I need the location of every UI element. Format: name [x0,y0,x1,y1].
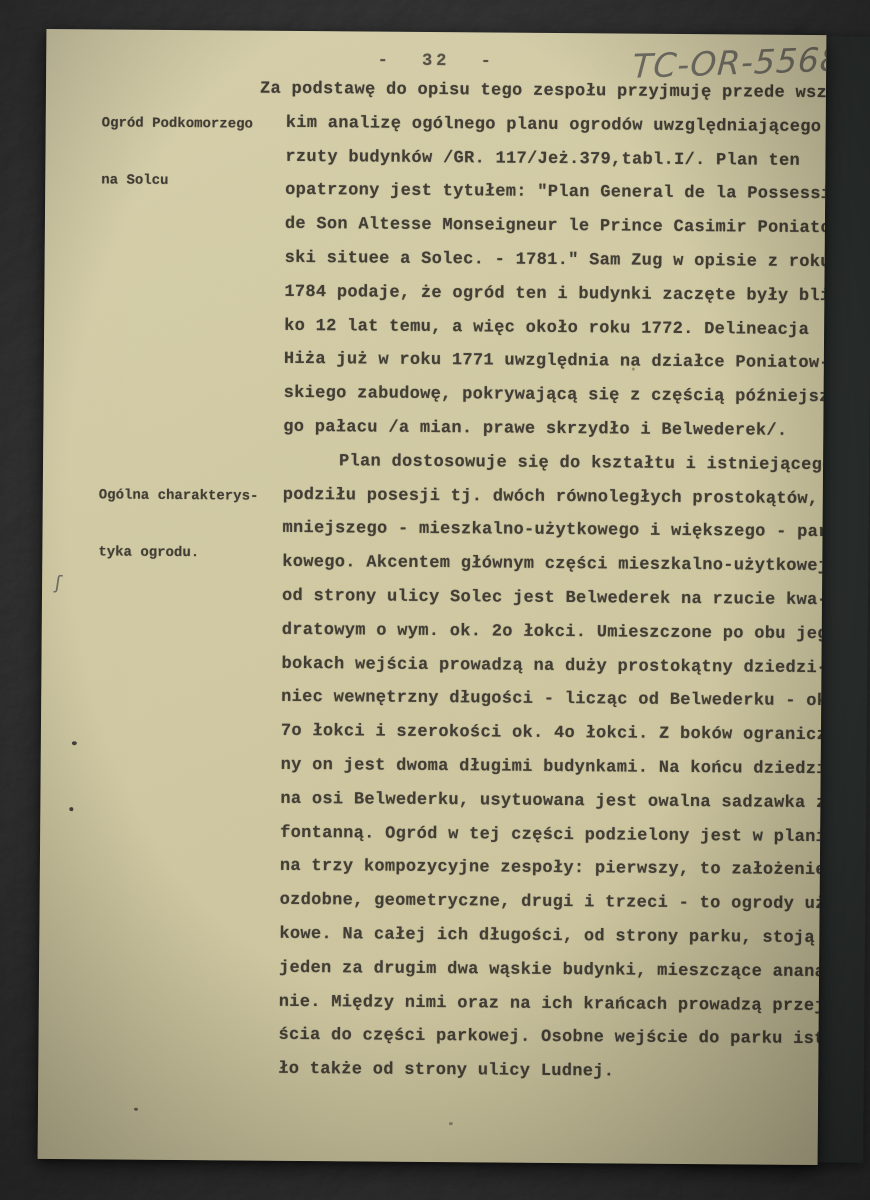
typed-line: podziłu posesji tj. dwóch równoległych p… [283,478,827,517]
typed-line: de Son Altesse Monseigneur le Prince Cas… [285,208,827,247]
ink-speck [134,1108,138,1111]
typed-line: jeden za drugim dwa wąskie budynki, mies… [279,952,826,991]
margin-note-line: na Solcu [101,171,252,191]
ink-speck [72,741,77,745]
scan-scene: - 32 - TC-OR-5568-2 Ogród Podkomorzego n… [0,0,870,1200]
ink-speck [449,1122,453,1125]
typed-line: go pałacu /a mian. prawe skrzydło i Belw… [283,411,826,450]
typed-line: ny on jest dwoma długimi budynkami. Na k… [281,749,827,788]
typed-line: Hiża już w roku 1771 uwzględnia na dział… [284,343,827,382]
typed-line: nie. Między nimi oraz na ich krańcach pr… [279,985,827,1024]
margin-note-line: Ogólna charakterys- [99,486,259,506]
typed-line: fontanną. Ogród w tej części podzielony … [280,816,826,855]
typed-line: dratowym o wym. ok. 2o łokci. Umieszczon… [282,614,827,653]
typed-line: od strony ulicy Solec jest Belwederek na… [282,580,827,619]
typed-line: 7o łokci i szerokości ok. 4o łokci. Z bo… [281,715,827,754]
typed-line: na trzy kompozycyjne zespoły: pierwszy, … [280,850,827,889]
typed-line: ścia do części parkowej. Osobne wejście … [278,1019,826,1058]
typed-line: 1784 podaje, że ogród ten i budynki zacz… [284,276,826,315]
typed-line: ozdobne, geometryczne, drugi i trzeci - … [279,884,826,923]
typed-line: Plan dostosowuje się do kształtu i istni… [283,445,826,484]
typed-line: ski situee a Solec. - 1781." Sam Zug w o… [285,242,827,281]
typed-line: kim analizę ogólnego planu ogrodów uwzgl… [286,107,827,146]
typed-line: opatrzony jest tytułem: "Plan General de… [285,174,826,213]
typed-line: kowego. Akcentem głównym części mieszkal… [282,546,826,585]
ink-speck [69,807,73,811]
margin-note-garden-title: Ogród Podkomorzego na Solcu [101,76,253,229]
typed-line: mniejszego - mieszkalno-użytkowego i wię… [282,512,826,551]
margin-note-line: Ogród Podkomorzego [102,114,253,134]
typed-line: ło także od strony ulicy Ludnej. [278,1053,826,1092]
typed-line: bokach wejścia prowadzą na duży prostoką… [281,647,826,686]
typed-line: skiego zabudowę, pokrywającą się z częśc… [283,377,826,416]
margin-note-line: tyka ogrodu. [98,543,258,563]
typed-line: ko 12 lat temu, a więc około roku 1772. … [284,309,826,348]
typewritten-text-block: Za podstawę do opisu tego zespołu przyjm… [278,73,826,1092]
typed-line: kowe. Na całej ich długości, od strony p… [279,918,826,957]
typed-line: Za podstawę do opisu tego zespołu przyjm… [260,73,827,112]
typed-line: rzuty budynków /GR. 117/Jeż.379,tabl.I/.… [285,140,826,179]
ink-speck [632,368,635,371]
typed-line: na osi Belwederku, usytuowana jest owaln… [280,783,826,822]
typed-line: niec wewnętrzny długości - licząc od Bel… [281,681,826,720]
margin-note-general-characteristics: Ogólna charakterys- tyka ogrodu. [98,448,259,601]
pencil-mark: ʃ [54,572,64,595]
document-page: - 32 - TC-OR-5568-2 Ogród Podkomorzego n… [38,29,827,1165]
